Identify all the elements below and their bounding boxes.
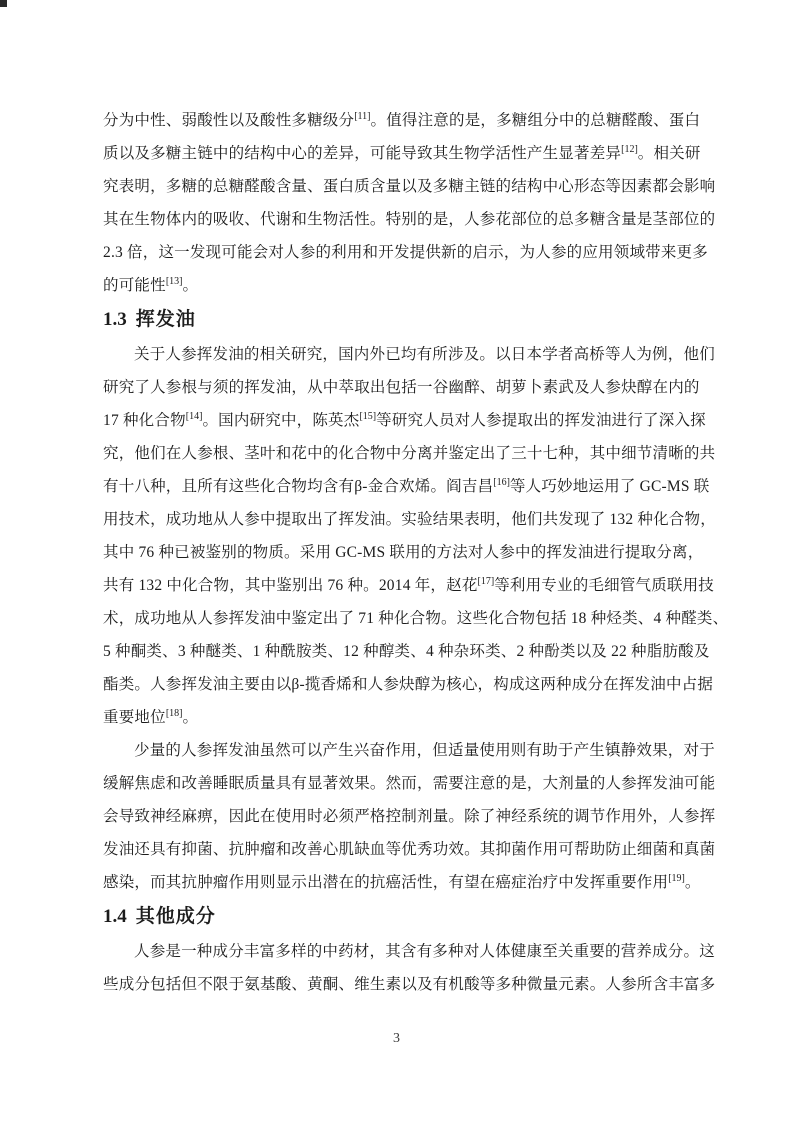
text-line: 质以及多糖主链中的结构中心的差异，可能导致其生物学活性产生显著差异[12]。相关… (103, 137, 703, 170)
text-line: 有十八种，且所有这些化合物均含有β-金合欢烯。阎吉昌[16]等人巧妙地运用了 G… (103, 470, 703, 503)
citation-ref: [18] (166, 708, 183, 719)
text-line: 17 种化合物[14]。国内研究中，陈英杰[15]等研究人员对人参提取出的挥发油… (103, 404, 703, 437)
text-line: 重要地位[18]。 (103, 701, 703, 734)
scan-artifact (0, 0, 7, 7)
text-line: 些成分包括但不限于氨基酸、黄酮、维生素以及有机酸等多种微量元素。人参所含丰富多 (103, 968, 703, 1001)
text-line: 究，他们在人参根、茎叶和花中的化合物中分离并鉴定出了三十七种，其中细节清晰的共 (103, 437, 703, 470)
text-line: 其在生物体内的吸收、代谢和生物活性。特别的是，人参花部位的总多糖含量是茎部位的 (103, 203, 703, 236)
page-number: 3 (0, 1031, 793, 1047)
text-line: 人参是一种成分丰富多样的中药材，其含有多种对人体健康至关重要的营养成分。这 (103, 935, 703, 968)
text-line: 的可能性[13]。 (103, 269, 703, 302)
text-line: 少量的人参挥发油虽然可以产生兴奋作用，但适量使用则有助于产生镇静效果，对于 (103, 734, 703, 767)
section-title: 其他成分 (136, 906, 216, 927)
text-line: 究表明，多糖的总糖醛酸含量、蛋白质含量以及多糖主链的结构中心形态等因素都会影响 (103, 170, 703, 203)
text-line: 发油还具有抑菌、抗肿瘤和改善心肌缺血等优秀功效。其抑菌作用可帮助防止细菌和真菌 (103, 833, 703, 866)
document-page: 分为中性、弱酸性以及酸性多糖级分[11]。值得注意的是，多糖组分中的总糖醛酸、蛋… (0, 0, 793, 1122)
section-number: 1.4 (103, 906, 127, 927)
section-heading: 1.3挥发油 (103, 302, 703, 338)
text-line: 用技术，成功地从人参中提取出了挥发油。实验结果表明，他们共发现了 132 种化合… (103, 503, 703, 536)
text-line: 酯类。人参挥发油主要由以β-揽香烯和人参炔醇为核心，构成这两种成分在挥发油中占据 (103, 668, 703, 701)
citation-ref: [11] (354, 111, 370, 122)
text-line: 感染，而其抗肿瘤作用则显示出潜在的抗癌活性，有望在癌症治疗中发挥重要作用[19]… (103, 866, 703, 899)
citation-ref: [12] (621, 144, 638, 155)
text-line: 会导致神经麻痹，因此在使用时必须严格控制剂量。除了神经系统的调节作用外，人参挥 (103, 800, 703, 833)
section-number: 1.3 (103, 309, 127, 330)
document-blocks: 分为中性、弱酸性以及酸性多糖级分[11]。值得注意的是，多糖组分中的总糖醛酸、蛋… (103, 104, 703, 1001)
text-line: 缓解焦虑和改善睡眠质量具有显著效果。然而，需要注意的是，大剂量的人参挥发油可能 (103, 767, 703, 800)
text-line: 5 种酮类、3 种醚类、1 种酰胺类、12 种醇类、4 种杂环类、2 种酚类以及… (103, 635, 703, 668)
section-heading: 1.4其他成分 (103, 899, 703, 935)
citation-ref: [17] (478, 576, 495, 587)
citation-ref: [16] (493, 477, 510, 488)
text-line: 关于人参挥发油的相关研究，国内外已均有所涉及。以日本学者高桥等人为例，他们 (103, 338, 703, 371)
citation-ref: [15] (359, 411, 376, 422)
citation-ref: [13] (166, 276, 183, 287)
text-line: 术，成功地从人参挥发油中鉴定出了 71 种化合物。这些化合物包括 18 种烃类、… (103, 602, 703, 635)
text-line: 分为中性、弱酸性以及酸性多糖级分[11]。值得注意的是，多糖组分中的总糖醛酸、蛋… (103, 104, 703, 137)
citation-ref: [14] (186, 411, 203, 422)
section-title: 挥发油 (136, 309, 196, 330)
text-line: 研究了人参根与须的挥发油，从中萃取出包括一谷幽醉、胡萝卜素武及人参炔醇在内的 (103, 371, 703, 404)
text-line: 2.3 倍，这一发现可能会对人参的利用和开发提供新的启示，为人参的应用领域带来更… (103, 236, 703, 269)
citation-ref: [19] (668, 873, 685, 884)
text-line: 共有 132 中化合物，其中鉴别出 76 种。2014 年，赵花[17]等利用专… (103, 569, 703, 602)
text-line: 其中 76 种已被鉴别的物质。采用 GC-MS 联用的方法对人参中的挥发油进行提… (103, 536, 703, 569)
